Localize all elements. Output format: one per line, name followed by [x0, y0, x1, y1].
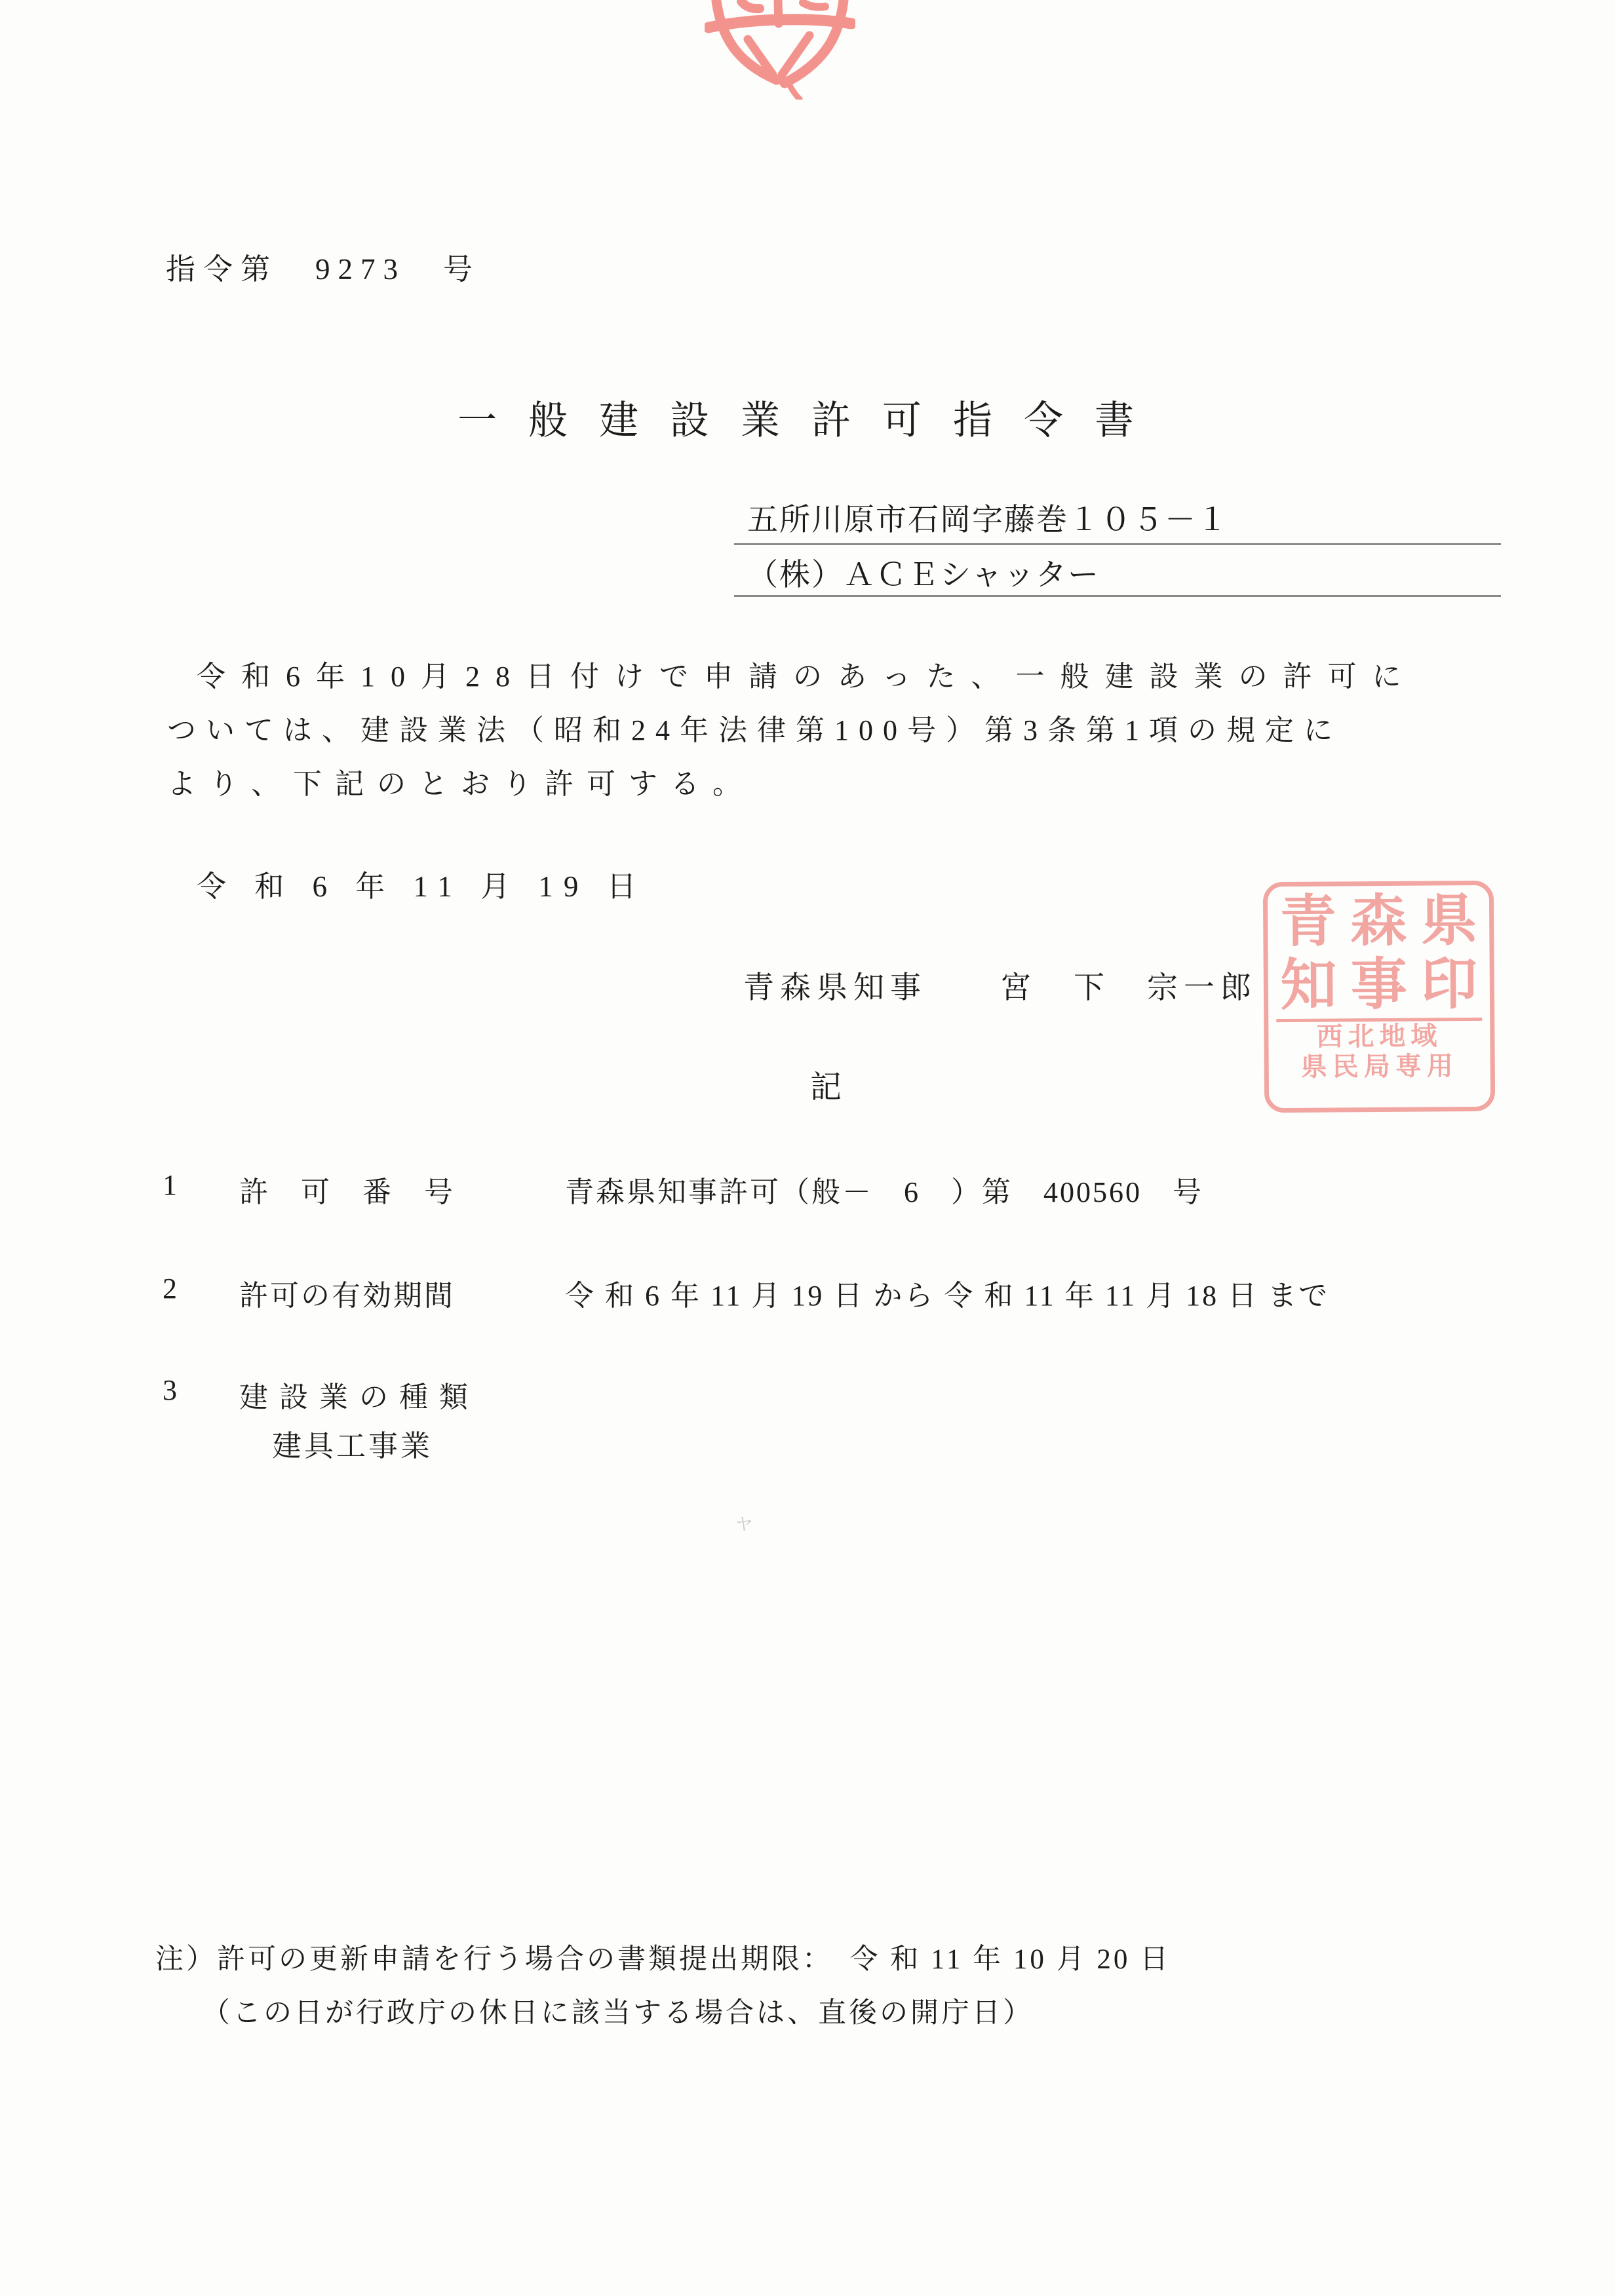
item-2-label: 許可の有効期間	[239, 1272, 455, 1314]
item-2-value: 令 和 6 年 11 月 19 日 から 令 和 11 年 11 月 18 日 …	[565, 1272, 1329, 1314]
document-title: 一般建設業許可指令書	[457, 389, 1165, 446]
seal-char: 県	[1414, 889, 1485, 953]
company-underline	[734, 595, 1501, 597]
top-red-stamp-icon	[705, 0, 855, 100]
seal-char: 森	[1343, 890, 1414, 954]
issue-date: 令 和 6 年 11 月 19 日	[197, 862, 647, 905]
pencil-smudge-mark: ヤ	[734, 1510, 754, 1537]
seal-main-characters: 青 森 県 知 事 印	[1268, 885, 1490, 1018]
item-1-value: 青森県知事許可（般－ 6 ）第 400560 号	[565, 1168, 1203, 1210]
note-line-1: 注）許可の更新申請を行う場合の書類提出期限： 令 和 11 年 10 月 20 …	[155, 1937, 1171, 1977]
seal-char: 印	[1414, 953, 1485, 1017]
record-marker: 記	[810, 1062, 842, 1107]
issuer-governor-name: 青森県知事 宮 下 宗一郎	[743, 963, 1257, 1007]
item-1-label: 許 可 番 号	[239, 1168, 455, 1210]
note-line-2: （この日が行政庁の休日に該当する場合は、直後の開庁日）	[202, 1991, 1034, 2031]
item-3-number: 3	[163, 1373, 177, 1407]
body-paragraph-line-3: より、下記のとおり許可する。	[167, 760, 754, 802]
seal-sub-line-1: 西北地域	[1268, 1021, 1490, 1052]
body-paragraph-line-2: ついては、建設業法（昭和24年法律第100号）第3条第1項の規定に	[167, 706, 1342, 748]
seal-char: 事	[1344, 953, 1414, 1018]
recipient-company: （株）ＡＣＥシャッター	[747, 550, 1100, 594]
item-2-number: 2	[163, 1272, 177, 1305]
governor-seal-stamp-icon: 青 森 県 知 事 印 西北地域 県民局専用	[1263, 881, 1495, 1113]
recipient-address: 五所川原市石岡字藤巻１０５－１	[747, 495, 1229, 539]
item-3-value: 建具工事業	[272, 1422, 433, 1464]
item-1-number: 1	[163, 1168, 177, 1202]
seal-char: 青	[1273, 890, 1344, 954]
body-paragraph-line-1: 令和6年10月28日付けで申請のあった、一般建設業の許可に	[197, 653, 1417, 695]
item-3-label: 建 設 業 の 種 類	[239, 1373, 470, 1415]
seal-char: 知	[1274, 953, 1344, 1018]
address-underline	[734, 543, 1501, 545]
seal-sub-line-2: 県民局専用	[1269, 1051, 1490, 1082]
directive-number: 指令第 9273 号	[166, 245, 480, 288]
